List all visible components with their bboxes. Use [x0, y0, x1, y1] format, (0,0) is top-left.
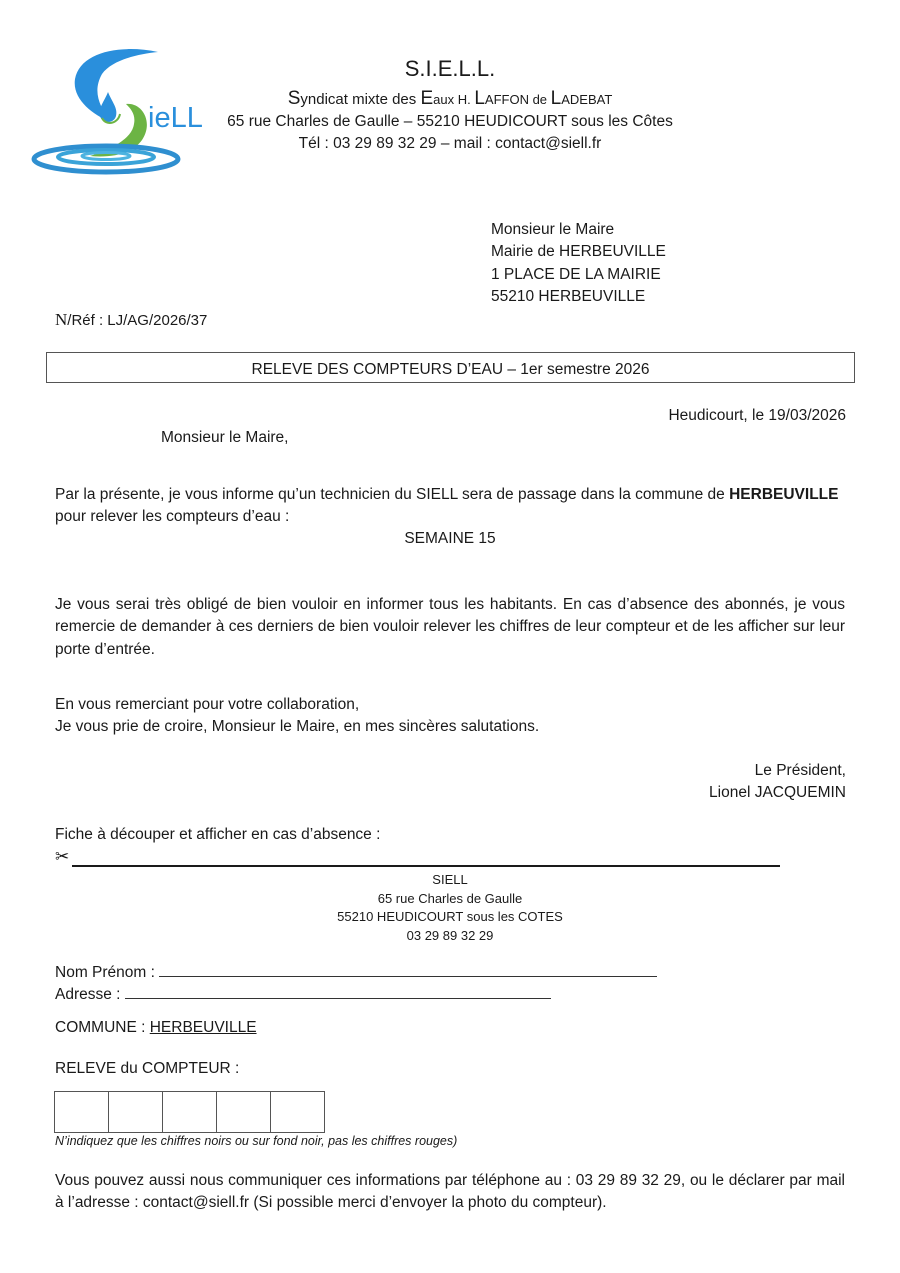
- cut-rule: [72, 865, 780, 867]
- footer-contact: Vous pouvez aussi nous communiquer ces i…: [55, 1170, 845, 1215]
- name-field[interactable]: Nom Prénom :: [55, 964, 657, 982]
- recipient-line: 1 PLACE DE LA MAIRIE: [491, 264, 666, 286]
- reference: N/Réf : LJ/AG/2026/37: [55, 310, 207, 330]
- meter-digit-box[interactable]: [55, 1092, 109, 1132]
- name-blank[interactable]: [159, 964, 657, 977]
- meter-digit-box[interactable]: [109, 1092, 163, 1132]
- recipient-line: Mairie de HERBEUVILLE: [491, 241, 666, 263]
- closing: En vous remerciant pour votre collaborat…: [55, 694, 845, 739]
- address-field[interactable]: Adresse :: [55, 986, 551, 1004]
- org-contact: Tél : 03 29 89 32 29 – mail : contact@si…: [220, 135, 680, 153]
- week-label: SEMAINE 15: [55, 528, 845, 550]
- recipient-line: 55210 HERBEUVILLE: [491, 286, 666, 308]
- meter-digit-boxes: [54, 1091, 325, 1133]
- signature: Le Président, Lionel JACQUEMIN: [709, 760, 846, 805]
- commune-value: HERBEUVILLE: [150, 1019, 257, 1036]
- meter-label: RELEVE du COMPTEUR :: [55, 1060, 239, 1078]
- commune-name: HERBEUVILLE: [729, 486, 838, 503]
- signature-title: Le Président,: [709, 760, 846, 782]
- scissors-icon: ✂: [55, 847, 69, 867]
- address-blank[interactable]: [125, 986, 551, 999]
- org-address: 65 rue Charles de Gaulle – 55210 HEUDICO…: [220, 113, 680, 131]
- date-line: Heudicourt, le 19/03/2026: [668, 407, 846, 425]
- recipient-address: Monsieur le Maire Mairie de HERBEUVILLE …: [491, 219, 666, 308]
- paragraph-request: Je vous serai très obligé de bien vouloi…: [55, 594, 845, 661]
- org-name: Syndicat mixte des Eaux H. LAFFON de LAD…: [220, 88, 680, 110]
- cut-line: ✂: [55, 849, 780, 869]
- return-address: SIELL 65 rue Charles de Gaulle 55210 HEU…: [250, 871, 650, 945]
- cutout-label: Fiche à découper et afficher en cas d’ab…: [55, 826, 380, 844]
- commune-field: COMMUNE : HERBEUVILLE: [55, 1019, 257, 1037]
- meter-digit-box[interactable]: [163, 1092, 217, 1132]
- logo-text: ieLL: [148, 102, 203, 135]
- meter-digit-box[interactable]: [271, 1092, 324, 1132]
- subject-box: RELEVE DES COMPTEURS D’EAU – 1er semestr…: [46, 352, 855, 383]
- paragraph-intro: Par la présente, je vous informe qu’un t…: [55, 484, 845, 529]
- siell-logo: ieLL: [30, 44, 220, 179]
- org-acronym: S.I.E.L.L.: [220, 56, 680, 82]
- meter-digit-box[interactable]: [217, 1092, 271, 1132]
- signature-name: Lionel JACQUEMIN: [709, 782, 846, 804]
- subject: RELEVE DES COMPTEURS D’EAU – 1er semestr…: [252, 361, 650, 378]
- meter-note: N’indiquez que les chiffres noirs ou sur…: [55, 1134, 457, 1148]
- salutation: Monsieur le Maire,: [161, 429, 289, 447]
- recipient-line: Monsieur le Maire: [491, 219, 666, 241]
